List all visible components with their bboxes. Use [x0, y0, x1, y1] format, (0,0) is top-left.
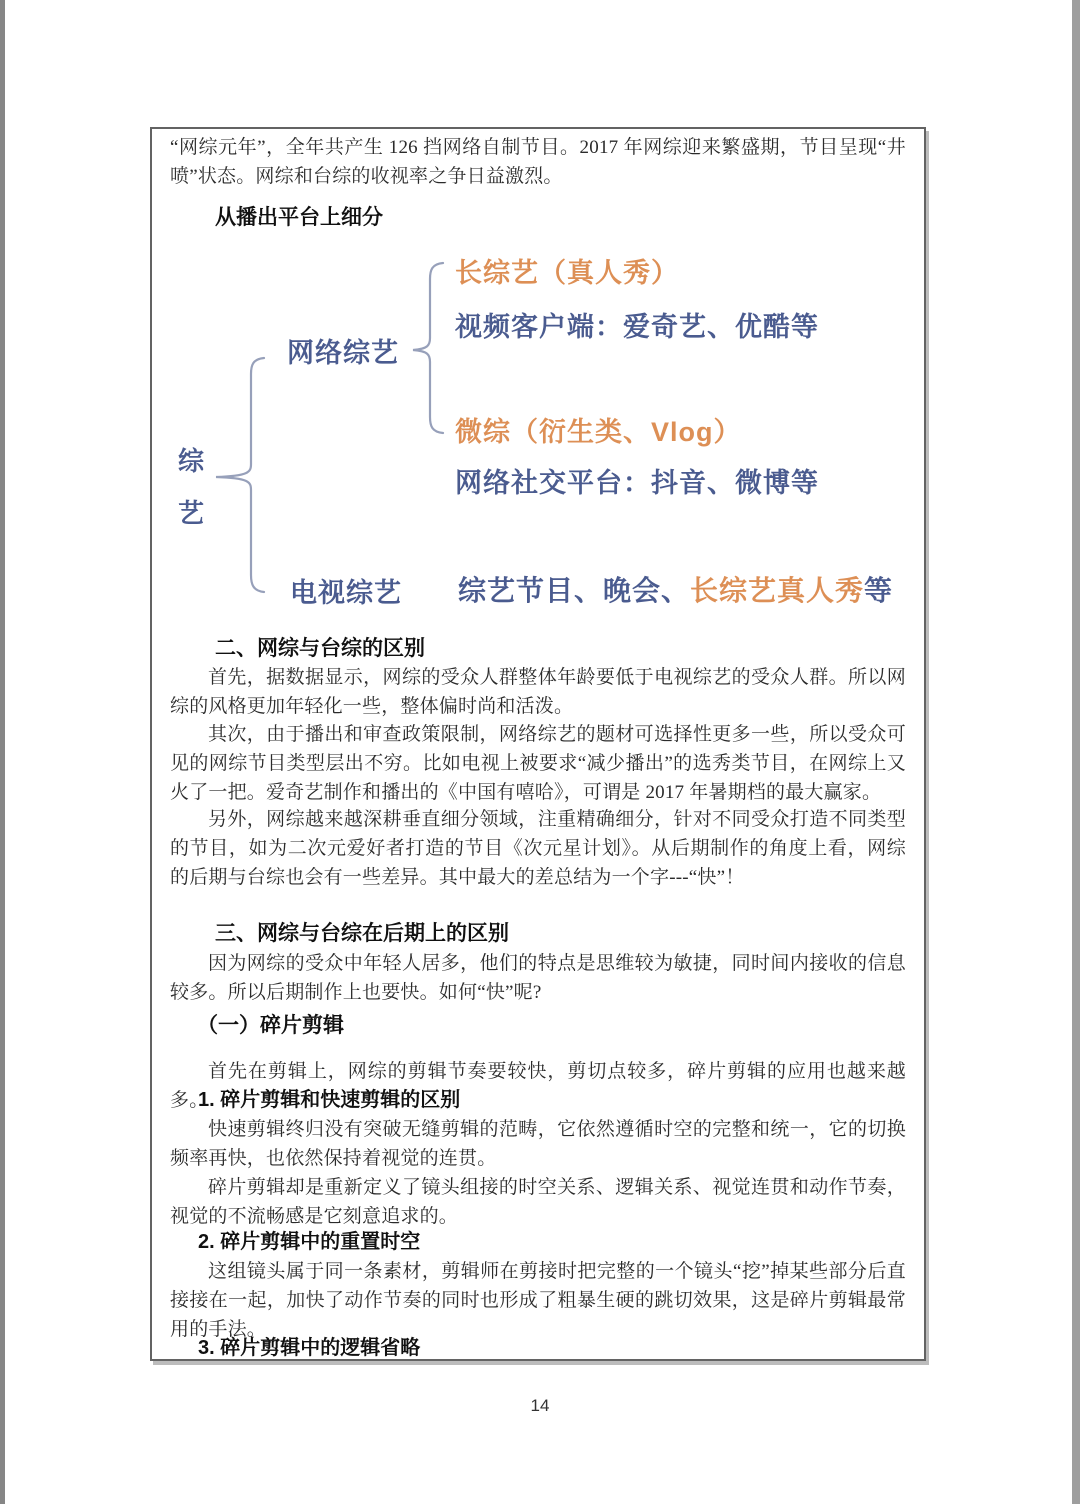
- diagram-leaf-long-variety: 长综艺（真人秀）: [455, 251, 679, 290]
- brace-root: [216, 358, 264, 592]
- fragment-editing-heading: （一）碎片剪辑: [197, 1013, 905, 1039]
- diagram-leaf-micro-variety-platforms: 网络社交平台：抖音、微博等: [455, 461, 819, 500]
- section2-paragraph2: 其次，由于播出和审查政策限制，网络综艺的题材可选择性更多一些，所以受众可见的网综…: [170, 720, 906, 807]
- section2-paragraph1: 首先，据数据显示，网综的受众人群整体年龄要低于电视综艺的受众人群。所以网综的风格…: [170, 663, 906, 721]
- intro-paragraph: “网综元年”，全年共产生 126 挡网络自制节目。2017 年网综迎来繁盛期，节…: [170, 133, 906, 191]
- variety-show-platform-diagram: 综艺 网络综艺 长综艺（真人秀） 视频客户端：爱奇艺、优酷等 微综（衍生类、Vl…: [170, 245, 906, 637]
- section2-heading: 二、网综与台综的区别: [215, 636, 905, 662]
- tv-desc-part3: 等: [864, 575, 893, 606]
- diagram-leaf-micro-variety: 微综（衍生类、Vlog）: [455, 410, 742, 449]
- fragment-paragraph2: 快速剪辑终归没有突破无缝剪辑的范畴，它依然遵循时空的完整和统一，它的切换频率再快…: [170, 1115, 906, 1173]
- document-page: { "colors": { "blue": "#4a5b8f", "orange…: [0, 0, 1080, 1504]
- section3-heading: 三、网综与台综在后期上的区别: [215, 921, 905, 947]
- scan-edge-right: [1072, 0, 1080, 1504]
- fragment-subheading-1: 1. 碎片剪辑和快速剪辑的区别: [198, 1087, 904, 1113]
- fragment-paragraph3: 碎片剪辑却是重新定义了镜头组接的时空关系、逻辑关系、视觉连贯和动作节奏，视觉的不…: [170, 1173, 906, 1231]
- diagram-root-label: 综艺: [178, 435, 208, 539]
- fragment-subheading-3: 3. 碎片剪辑中的逻辑省略: [198, 1335, 904, 1361]
- fragment-paragraph4: 这组镜头属于同一条素材，剪辑师在剪接时把完整的一个镜头“挖”掉某些部分后直接接在…: [170, 1257, 906, 1344]
- document-content-frame: “网综元年”，全年共产生 126 挡网络自制节目。2017 年网综迎来繁盛期，节…: [150, 127, 926, 1361]
- fragment-subheading-2: 2. 碎片剪辑中的重置时空: [198, 1229, 904, 1255]
- brace-network: [413, 263, 443, 433]
- scan-edge-left: [0, 0, 5, 1504]
- diagram-branch-tv: 电视综艺: [290, 571, 402, 610]
- tv-desc-part2: 长综艺真人秀: [690, 575, 864, 606]
- platform-subdivision-heading: 从播出平台上细分: [215, 205, 905, 231]
- tv-desc-part1: 综艺节目、晚会、: [458, 575, 690, 606]
- diagram-leaf-long-variety-platforms: 视频客户端：爱奇艺、优酷等: [455, 305, 819, 344]
- diagram-tv-description: 综艺节目、晚会、长综艺真人秀等: [458, 569, 893, 609]
- page-number: 14: [0, 1396, 1080, 1416]
- section3-paragraph1: 因为网综的受众中年轻人居多，他们的特点是思维较为敏捷，同时间内接收的信息较多。所…: [170, 949, 906, 1007]
- section2-paragraph3: 另外，网综越来越深耕垂直细分领域，注重精确细分，针对不同受众打造不同类型的节目，…: [170, 805, 906, 892]
- diagram-branch-network: 网络综艺: [287, 331, 399, 370]
